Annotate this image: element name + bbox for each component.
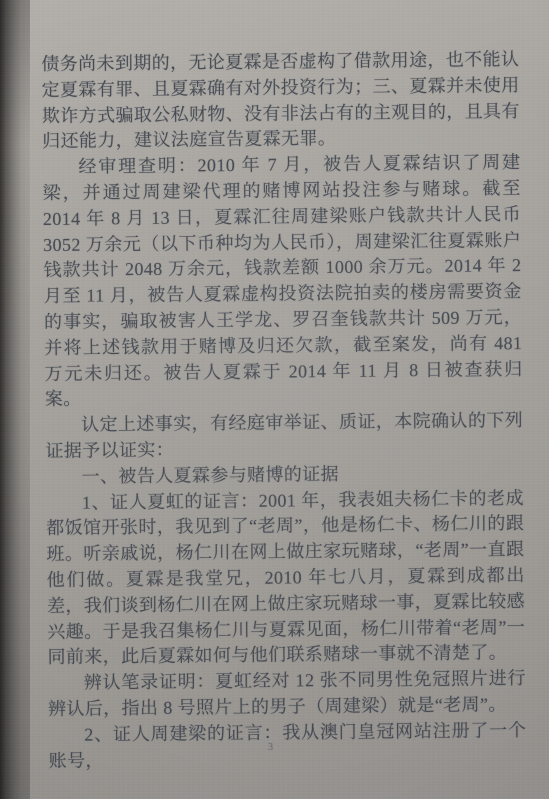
left-edge-shadow — [0, 0, 30, 799]
paragraph-evidence-intro: 认定上述事实，有经庭审举证、质证，本院确认的下列证据予以证实： — [45, 408, 524, 465]
paragraph-defense-opinion: 债务尚未到期的，无论夏霖是否虚构了借款用途，也不能认定夏霖有罪、且夏霖确有对外投… — [41, 47, 520, 155]
document-photo: 债务尚未到期的，无论夏霖是否虚构了借款用途，也不能认定夏霖有罪、且夏霖确有对外投… — [0, 0, 549, 799]
paragraph-court-findings: 经审理查明：2010 年 7 月，被告人夏霖结识了周建梁，并通过周建梁代理的赌博… — [42, 150, 523, 413]
paragraph-witness-xiahong: 1、证人夏虹的证言：2001 年，我表姐夫杨仁卡的老成都饭馆开张时，我见到了“老… — [46, 486, 526, 672]
paragraph-identification-record: 辨认笔录证明：夏虹经对 12 张不同男性免冠照片进行辨认后，指出 8 号照片上的… — [48, 666, 527, 723]
text-block: 债务尚未到期的，无论夏霖是否虚构了借款用途，也不能认定夏霖有罪、且夏霖确有对外投… — [41, 47, 527, 774]
page-number: 3 — [0, 741, 541, 755]
